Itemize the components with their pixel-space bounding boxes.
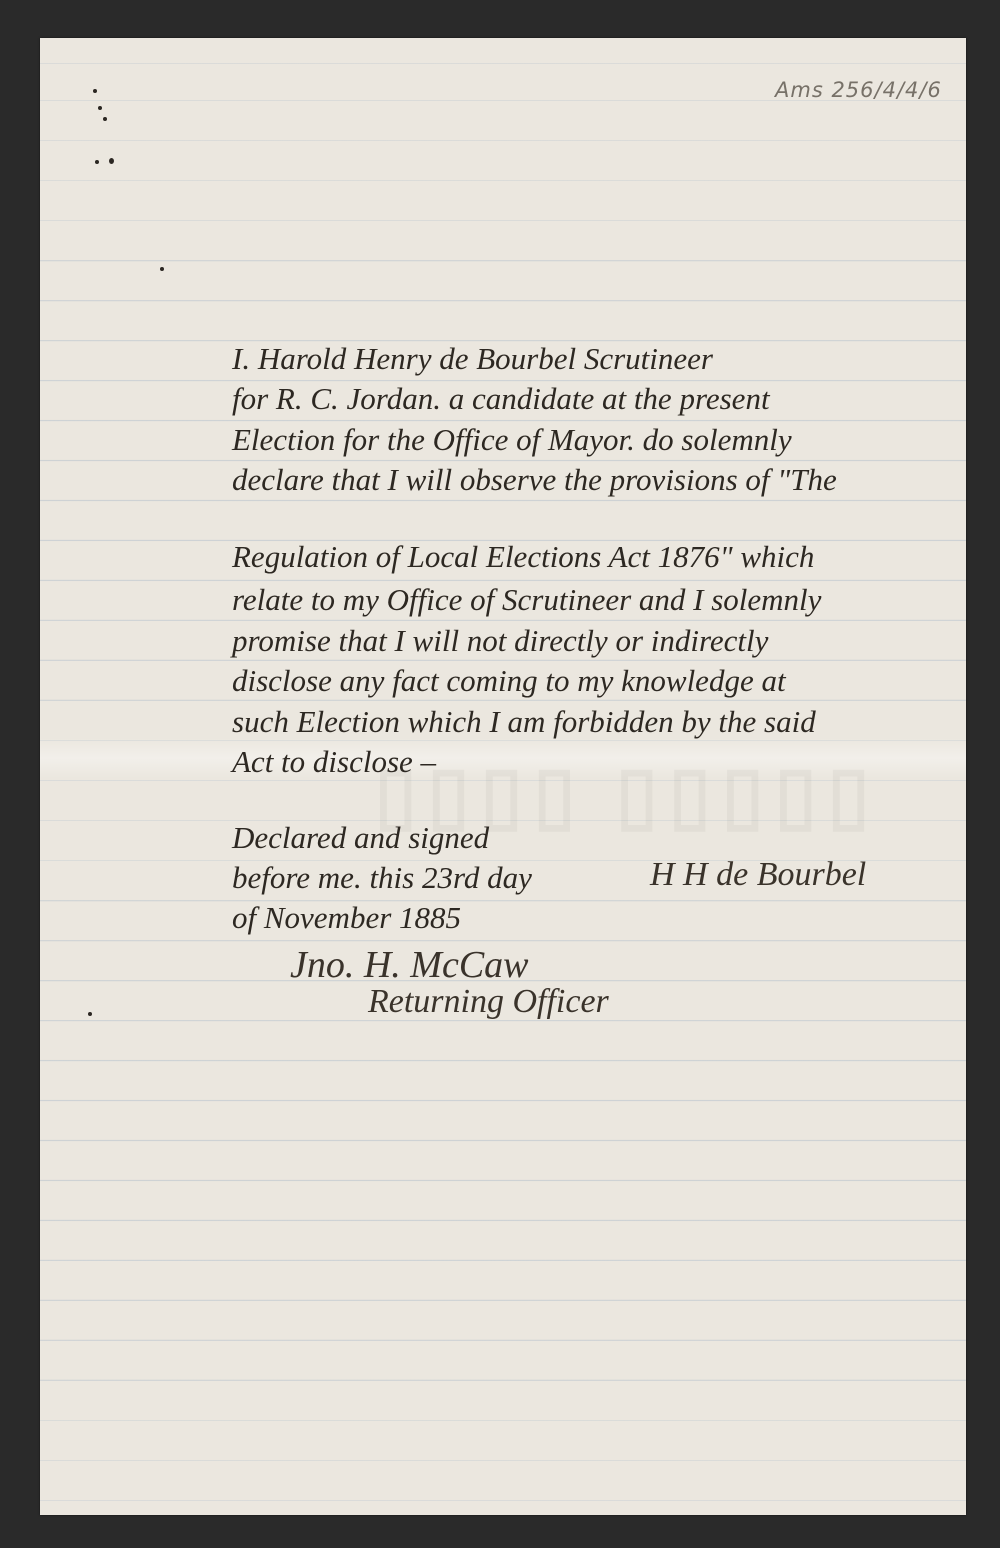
attestation-line: before me. this 23rd day xyxy=(232,860,532,896)
officer-signature: Jno. H. McCaw xyxy=(290,943,529,987)
declaration-line: Election for the Office of Mayor. do sol… xyxy=(232,422,792,458)
pin-hole-mark xyxy=(160,267,164,271)
pin-hole-mark xyxy=(109,158,114,164)
document-page: ▯▯▯▯▯ ▯▯▯▯ Ams 256/4/4/6 I. Harold Henry… xyxy=(40,38,966,1515)
declaration-line: I. Harold Henry de Bourbel Scrutineer xyxy=(232,341,713,377)
declaration-line: Act to disclose – xyxy=(232,744,436,780)
declaration-line: promise that I will not directly or indi… xyxy=(232,623,768,659)
declaration-line: declare that I will observe the provisio… xyxy=(232,462,837,498)
attestation-line: of November 1885 xyxy=(232,900,461,936)
pin-hole-mark xyxy=(95,160,99,164)
officer-title: Returning Officer xyxy=(368,983,609,1021)
archive-reference: Ams 256/4/4/6 xyxy=(775,78,942,102)
pin-hole-mark xyxy=(98,106,102,110)
declarant-signature: H H de Bourbel xyxy=(650,856,866,894)
attestation-line: Declared and signed xyxy=(232,820,489,856)
pin-hole-mark xyxy=(93,89,97,93)
pin-hole-mark xyxy=(88,1012,92,1016)
pin-hole-mark xyxy=(103,117,107,121)
declaration-line: Regulation of Local Elections Act 1876" … xyxy=(232,539,814,575)
declaration-line: disclose any fact coming to my knowledge… xyxy=(232,663,786,699)
declaration-line: for R. C. Jordan. a candidate at the pre… xyxy=(232,381,770,417)
declaration-line: such Election which I am forbidden by th… xyxy=(232,704,816,740)
declaration-line: relate to my Office of Scrutineer and I … xyxy=(232,582,821,618)
